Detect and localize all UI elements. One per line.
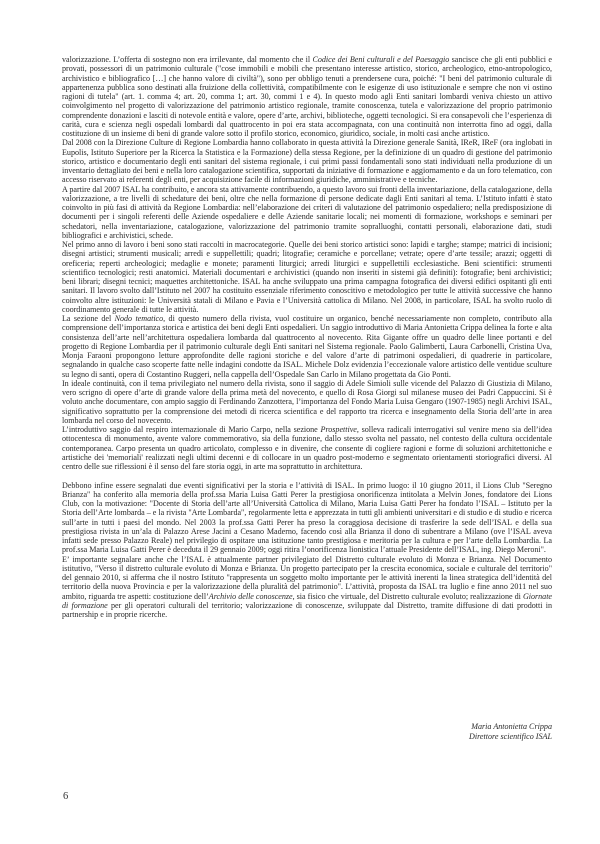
italic-title: Prospettive [321, 425, 357, 434]
signature-title: Direttore scientifico ISAL [469, 732, 552, 742]
paragraph-prospettive: L’introduttivo saggio dal respiro intern… [62, 425, 552, 471]
signature-name: Maria Antonietta Crippa [469, 722, 552, 732]
paragraph-macrocategories: Nel primo anno di lavoro i beni sono sta… [62, 240, 552, 314]
italic-title: Giornate di formazione [62, 592, 552, 610]
paragraph-nodo-tematico: La sezione del Nodo tematico, di questo … [62, 314, 552, 379]
paragraph-isal-contribution: A partire dal 2007 ISAL ha contribuito, … [62, 185, 552, 241]
paragraph-intro: valorizzazione. L’offerta di sostegno no… [62, 55, 552, 138]
page-number: 6 [63, 791, 68, 802]
italic-title: Archivio delle conoscenze [209, 592, 293, 601]
paragraph-continuity: In ideale continuità, con il tema privil… [62, 379, 552, 425]
document-body: valorizzazione. L’offerta di sostegno no… [62, 55, 552, 619]
paragraph-gap [62, 471, 552, 480]
paragraph-distretto: E’ importante segnalare anche che l’ISAL… [62, 555, 552, 620]
paragraph-events: Debbono infine essere segnalati due even… [62, 481, 552, 555]
italic-title: Codice dei Beni culturali e del Paesaggi… [312, 55, 449, 64]
signature-block: Maria Antonietta Crippa Direttore scient… [469, 722, 552, 741]
paragraph-regione-lombardia: Dal 2008 con la Direzione Culture di Reg… [62, 138, 552, 184]
italic-title: Nodo tematico [115, 314, 164, 323]
